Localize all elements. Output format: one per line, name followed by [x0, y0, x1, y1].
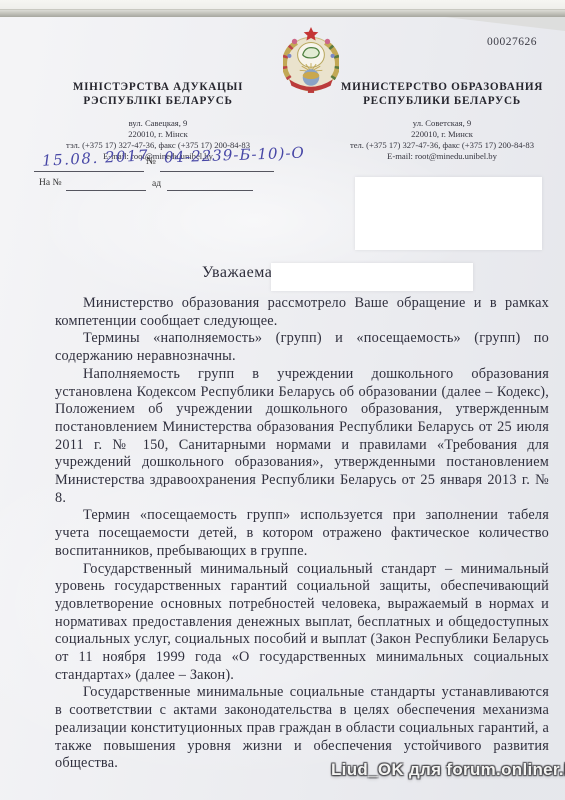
number-sign: № — [146, 156, 156, 167]
number-underline — [160, 171, 274, 172]
reply-number-underline — [66, 190, 146, 191]
reply-to-label: На № — [39, 178, 62, 188]
letter-paragraph: Термин «посещаемость групп» используется… — [55, 507, 549, 560]
date-underline — [34, 171, 144, 172]
scan-top-strip — [0, 0, 565, 9]
ministry-title-by: МІНІСТЭРСТВА АДУКАЦЫІ РЭСПУБЛІКІ БЕЛАРУС… — [30, 80, 286, 108]
forum-watermark: Liud_OK для forum.onliner.by — [331, 760, 565, 780]
scanned-letter-page: 00027626 МІНІСТЭРСТВА АДУКАЦЫІ РЭСПУБЛІК… — [0, 0, 565, 800]
ministry-address-ru: ул. Советская, 9 220010, г. Минск тел. (… — [322, 118, 562, 162]
scan-corner-shadow — [445, 17, 565, 31]
ministry-title-ru: МИНИСТЕРСТВО ОБРАЗОВАНИЯ РЕСПУБЛИКИ БЕЛА… — [322, 80, 562, 108]
ministry-header-russian: МИНИСТЕРСТВО ОБРАЗОВАНИЯ РЕСПУБЛИКИ БЕЛА… — [322, 80, 562, 162]
letter-paragraph: Государственный минимальный социальный с… — [55, 561, 549, 685]
letter-body: Министерство образования рассмотрело Ваш… — [55, 295, 549, 773]
reply-date-underline — [167, 190, 253, 191]
letter-paragraph: Термины «наполняемость» (групп) и «посещ… — [55, 330, 549, 365]
letter-paragraph: Министерство образования рассмотрело Ваш… — [55, 295, 549, 330]
letter-paragraph: Наполняемость групп в учреждении дошколь… — [55, 366, 549, 508]
reply-date-label: ад — [152, 179, 161, 189]
redaction-box-recipient-name — [271, 263, 473, 291]
doc-registration-number: 00027626 — [487, 36, 537, 48]
salutation: Уважаемая — [202, 264, 280, 282]
redaction-box-recipient-address — [355, 177, 542, 250]
